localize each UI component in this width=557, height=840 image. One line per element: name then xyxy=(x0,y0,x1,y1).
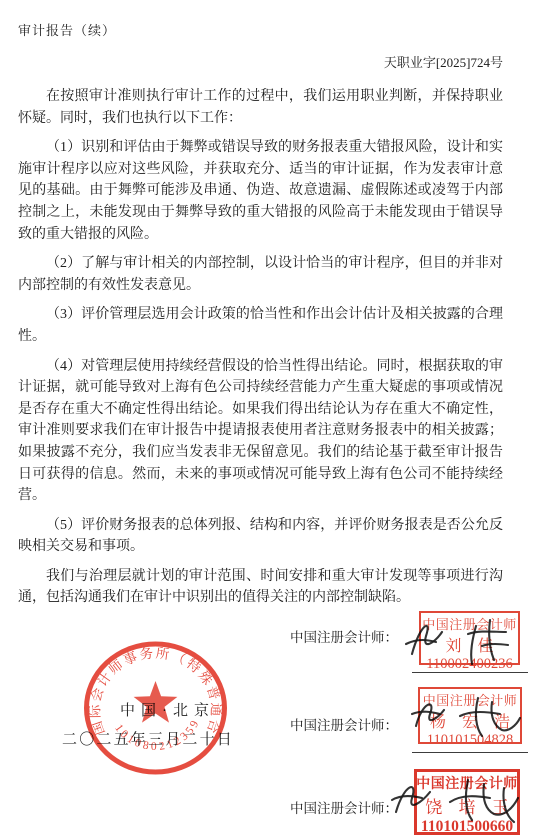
paragraph-item-4: （4）对管理层使用持续经营假设的恰当性得出结论。同时，根据获取的审计证据，就可能… xyxy=(18,356,503,507)
cpa-label-2: 中国注册会计师： xyxy=(290,714,402,734)
seal-star-icon xyxy=(134,681,178,723)
signature-handwriting-3 xyxy=(386,768,536,832)
paragraph-intro: 在按照审计准则执行审计工作的过程中，我们运用职业判断，并保持职业怀疑。同时，我们… xyxy=(18,86,503,129)
paragraph-communication: 我们与治理层就计划的审计范围、时间安排和重大审计发现等事项进行沟通，包括沟通我们… xyxy=(18,566,503,609)
audit-report-page: 审计报告（续） 天职业字[2025]724号 在按照审计准则执行审计工作的过程中… xyxy=(0,0,557,840)
signature-line-1 xyxy=(412,672,528,673)
signature-handwriting-2 xyxy=(404,686,534,746)
signature-line-2 xyxy=(412,752,528,753)
cpa-label-1: 中国注册会计师： xyxy=(290,626,402,646)
page-title: 审计报告（续） xyxy=(18,20,503,39)
paragraph-item-3: （3）评价管理层选用会计政策的恰当性和作出会计估计及相关披露的合理性。 xyxy=(18,304,503,347)
document-body: 审计报告（续） 天职业字[2025]724号 在按照审计准则执行审计工作的过程中… xyxy=(0,0,557,609)
firm-seal: 天职国际会计师事务所（特殊普通合伙） 1101080212359 xyxy=(80,638,232,780)
reference-number: 天职业字[2025]724号 xyxy=(18,52,503,71)
paragraphs-container: 在按照审计准则执行审计工作的过程中，我们运用职业判断，并保持职业怀疑。同时，我们… xyxy=(18,86,503,609)
paragraph-item-2: （2）了解与审计相关的内部控制，以设计恰当的审计程序，但目的并非对内部控制的有效… xyxy=(18,253,503,296)
signature-handwriting-1 xyxy=(398,610,533,672)
paragraph-item-1: （1）识别和评估由于舞弊或错误导致的财务报表重大错报风险，设计和实施审计程序以应… xyxy=(18,137,503,245)
paragraph-item-5: （5）评价财务报表的总体列报、结构和内容，并评价财务报表是否公允反映相关交易和事… xyxy=(18,515,503,558)
